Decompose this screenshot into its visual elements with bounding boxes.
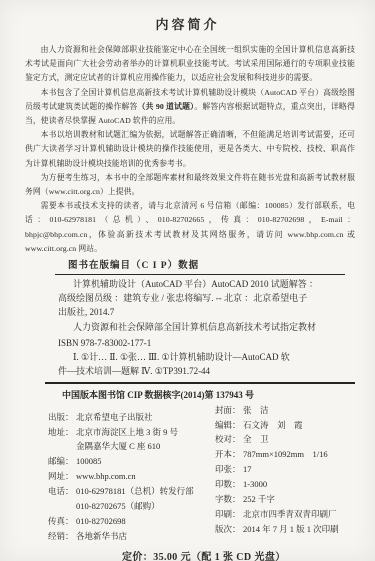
row-value: www.bhp.com.cn (76, 469, 215, 484)
row-value: 全 卫 (243, 432, 375, 447)
row-label: 邮编： (48, 454, 76, 469)
colophon-row-website: 网址：www.bhp.com.cn (48, 469, 215, 484)
row-label: 字数： (215, 492, 243, 507)
row-label: 印刷： (215, 507, 243, 522)
row-value: 石文涛 刘 霞 (243, 418, 375, 433)
row-label: 传真： (48, 514, 76, 529)
row-value: 北京市海淀区上地 3 街 9 号 (76, 425, 215, 440)
colophon-row-postcode: 邮编：100085 (48, 454, 215, 469)
colophon-row-address-2: 金隅嘉华大厦 C 座 610 (48, 439, 215, 454)
row-label (48, 439, 76, 454)
colophon-row-distributor: 经销：各地新华书店 (48, 529, 215, 544)
row-label: 版次： (215, 522, 243, 537)
colophon-row-printer: 印刷：北京市四季青双青印刷厂 (215, 507, 375, 522)
row-value: 张 洁 (243, 403, 375, 418)
row-value: 北京希望电子出版社 (76, 410, 215, 425)
row-value: 17 (243, 462, 375, 477)
colophon-row-sheets: 印张：17 (215, 462, 375, 477)
row-value: 252 千字 (243, 492, 375, 507)
colophon-left-column: 出版：北京希望电子出版社 地址：北京市海淀区上地 3 街 9 号 金隅嘉华大厦 … (48, 410, 215, 544)
row-value: 010-82702698 (76, 514, 215, 529)
colophon-row-fax: 传真：010-82702698 (48, 514, 215, 529)
cip-lines: 计算机辅助设计（AutoCAD 平台）AutoCAD 2010 试题解答 ： 高… (58, 278, 351, 379)
row-label: 校对： (215, 432, 243, 447)
cip-header: 图书在版编目（C I P）数据 (68, 257, 375, 271)
colophon-row-editors: 编辑：石文涛 刘 霞 (215, 418, 375, 433)
colophon-row-address: 地址：北京市海淀区上地 3 街 9 号 (48, 425, 215, 440)
cip-line: 计算机辅助设计（AutoCAD 平台）AutoCAD 2010 试题解答 ： (58, 278, 351, 292)
row-value: 010-62978181（总机）转发行部 (76, 484, 215, 499)
intro-paragraph-3: 本书以培训教材和试题汇编为依据，试题解答正确清晰，不但能满足培训考试需要，还可供… (25, 128, 355, 171)
intro-paragraph-2: 本书包含了全国计算机信息高新技术考试计算机辅助设计模块（AutoCAD 平台）高… (25, 86, 355, 129)
cip-bottom-rule (45, 382, 355, 384)
colophon-row-word-count: 字数：252 千字 (215, 492, 375, 507)
intro-paragraph-5: 需要本书或技术支持的读者，请与北京清河 6 号信箱（邮编：100085）发行部联… (25, 199, 355, 256)
row-label: 印数： (215, 477, 243, 492)
colophon-row-print-run: 印数：1-3000 (215, 477, 375, 492)
colophon-row-format: 开本：787mm×1092mm 1/16 (215, 447, 375, 462)
colophon-row-phone-2: 010-82702675（邮购） (48, 499, 215, 514)
row-label: 经销： (48, 529, 76, 544)
cip-line: 高级绘图员级 ：建筑专业 / 张忠将编写. -- 北京 ：北京希望电子 (58, 292, 351, 306)
row-label: 出版： (48, 410, 76, 425)
colophon-right-column: 封面：张 洁 编辑：石文涛 刘 霞 校对：全 卫 开本：787mm×1092mm… (215, 403, 375, 544)
row-value: 北京市四季青双青印刷厂 (243, 507, 375, 522)
row-value: 2014 年 7 月 1 版 1 次印刷 (243, 522, 375, 537)
colophon-row-cover-designer: 封面：张 洁 (215, 403, 375, 418)
row-label (48, 499, 76, 514)
cip-line: Ⅰ. ①计… Ⅱ. ①张… Ⅲ. ①计算机辅助设计—AutoCAD 软 (58, 351, 351, 365)
book-copyright-page: 内容简介 由人力资源和社会保障部职业技能鉴定中心在全国统一组织实施的全国计算机信… (0, 0, 375, 561)
intro-paragraph-1: 由人力资源和社会保障部职业技能鉴定中心在全国统一组织实施的全国计算机信息高新技术… (25, 43, 355, 86)
row-value: 金隅嘉华大厦 C 座 610 (76, 439, 215, 454)
cip-line: 出版社, 2014.7 (58, 306, 351, 320)
cip-line: 人力资源和社会保障部全国计算机信息高新技术考试指定教材 (58, 321, 351, 335)
row-label: 印张： (215, 462, 243, 477)
row-value: 各地新华书店 (76, 529, 215, 544)
row-value: 100085 (76, 454, 215, 469)
page-title: 内容简介 (0, 0, 375, 33)
cip-line: ISBN 978-7-83002-177-1 (58, 337, 351, 351)
row-label: 电话： (48, 484, 76, 499)
row-label: 开本： (215, 447, 243, 462)
colophon-row-phone: 电话：010-62978181（总机）转发行部 (48, 484, 215, 499)
colophon-row-edition: 版次：2014 年 7 月 1 版 1 次印刷 (215, 522, 375, 537)
row-value: 1-3000 (243, 477, 375, 492)
intro-paragraph-4: 为方便考生练习，本书中的全部题库素材和最终效果文件将在随书光盘和高新考试教材服务… (25, 171, 355, 199)
cip-line: 件—技术培训—题解 Ⅳ. ①TP391.72-44 (58, 365, 351, 379)
row-label: 封面： (215, 403, 243, 418)
row-label: 编辑： (215, 418, 243, 433)
price-line: 定价：35.00 元（配 1 张 CD 光盘） (122, 548, 375, 561)
row-value: 787mm×1092mm 1/16 (243, 447, 375, 462)
row-label: 网址： (48, 469, 76, 484)
colophon: 出版：北京希望电子出版社 地址：北京市海淀区上地 3 街 9 号 金隅嘉华大厦 … (48, 410, 375, 544)
colophon-row-publisher: 出版：北京希望电子出版社 (48, 410, 215, 425)
intro-paragraph-2-bold: （共 90 道试题） (138, 102, 195, 111)
cip-record-number: 中国版本图书馆 CIP 数据核字(2014)第 137943 号 (62, 388, 375, 401)
colophon-row-proofreader: 校对：全 卫 (215, 432, 375, 447)
cip-top-rule (55, 274, 345, 275)
intro-section: 由人力资源和社会保障部职业技能鉴定中心在全国统一组织实施的全国计算机信息高新技术… (25, 43, 355, 256)
row-label: 地址： (48, 425, 76, 440)
cip-section: 图书在版编目（C I P）数据 计算机辅助设计（AutoCAD 平台）AutoC… (0, 257, 375, 401)
row-value: 010-82702675（邮购） (76, 499, 215, 514)
